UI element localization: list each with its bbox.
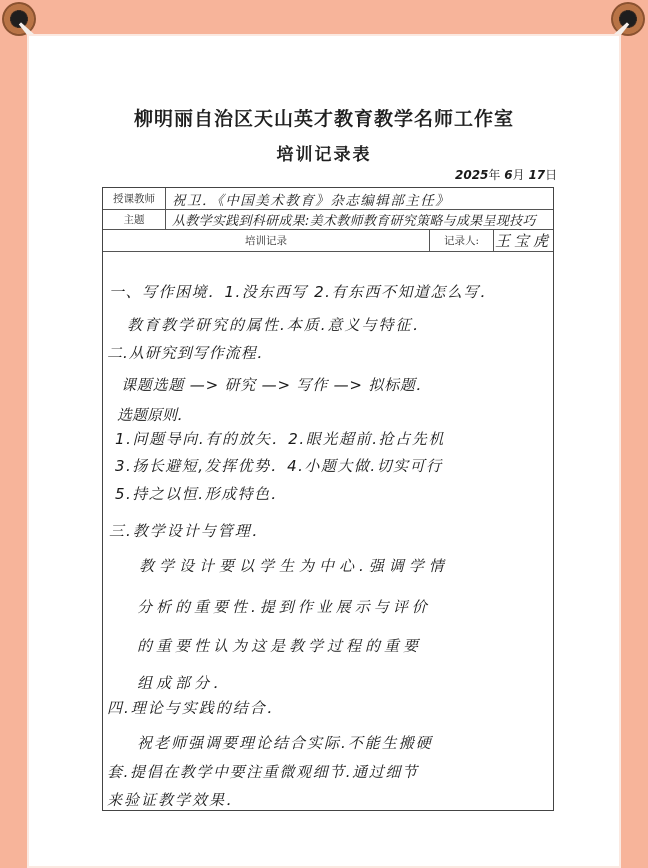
record-line: 来验证教学效果．	[107, 789, 243, 810]
record-line: 教育教学研究的属性.本质.意义与特征．	[127, 314, 430, 335]
date-year-label: 年	[488, 168, 500, 182]
date-month: 6	[504, 168, 512, 182]
record-line: 5.持之以恒.形成特色．	[115, 483, 287, 504]
record-line: 三.教学设计与管理．	[109, 520, 269, 541]
record-line: 祝老师强调要理论结合实际.不能生搬硬	[137, 732, 433, 753]
recorder-label: 记录人:	[430, 230, 494, 251]
record-line: 3.扬长避短,发挥优势．4.小题大做.切实可行	[115, 455, 443, 476]
theme-value: 从教学实践到科研成果:美术教师教育研究策略与成果呈现技巧	[172, 210, 536, 229]
document-date: 2025年 6月 17日	[455, 166, 557, 183]
record-line: 的重要性认为这是教学过程的重要	[137, 635, 422, 656]
theme-label: 主题	[103, 210, 166, 229]
date-month-label: 月	[513, 168, 525, 182]
training-record-form: 授课教师 祝卫．《中国美术教育》杂志编辑部主任》 主题 从教学实践到科研成果:美…	[102, 187, 554, 811]
record-line: 1.问题导向.有的放矢．2.眼光超前.抢占先机	[115, 428, 445, 449]
record-header-row: 培训记录 记录人: 王宝虎	[103, 230, 553, 252]
record-line: 教学设计要以学生为中心.强调学情	[139, 555, 449, 576]
record-line: 四.理论与实践的结合．	[107, 697, 284, 718]
record-line: 组成部分．	[137, 672, 232, 693]
record-line: 套.提倡在教学中要注重微观细节.通过细节	[107, 761, 419, 782]
date-day-label: 日	[545, 168, 557, 182]
date-day: 17	[528, 168, 545, 182]
theme-row: 主题 从教学实践到科研成果:美术教师教育研究策略与成果呈现技巧	[103, 210, 553, 230]
record-body: 一、写作困境．1.没东西写 2.有东西不知道怎么写． 教育教学研究的属性.本质.…	[103, 254, 553, 810]
document-title: 柳明丽自治区天山英才教育教学名师工作室	[0, 104, 648, 131]
teacher-value-cell: 祝卫．《中国美术教育》杂志编辑部主任》	[166, 188, 553, 209]
record-label: 培训记录	[103, 230, 430, 251]
teacher-value: 祝卫．《中国美术教育》杂志编辑部主任》	[172, 189, 450, 209]
record-line: 二.从研究到写作流程．	[107, 342, 273, 363]
record-line: 课题选题 —> 研究 —> 写作 —> 拟标题．	[121, 374, 432, 395]
theme-value-cell: 从教学实践到科研成果:美术教师教育研究策略与成果呈现技巧	[166, 210, 553, 229]
recorder-value: 王宝虎	[494, 230, 553, 251]
date-year: 2025	[455, 168, 488, 182]
teacher-row: 授课教师 祝卫．《中国美术教育》杂志编辑部主任》	[103, 188, 553, 210]
teacher-label: 授课教师	[103, 188, 166, 209]
record-line: 一、写作困境．1.没东西写 2.有东西不知道怎么写．	[109, 281, 496, 302]
record-line: 选题原则．	[117, 404, 192, 425]
document-subtitle: 培训记录表	[0, 140, 648, 165]
record-line: 分析的重要性.提到作业展示与评价	[137, 596, 431, 617]
